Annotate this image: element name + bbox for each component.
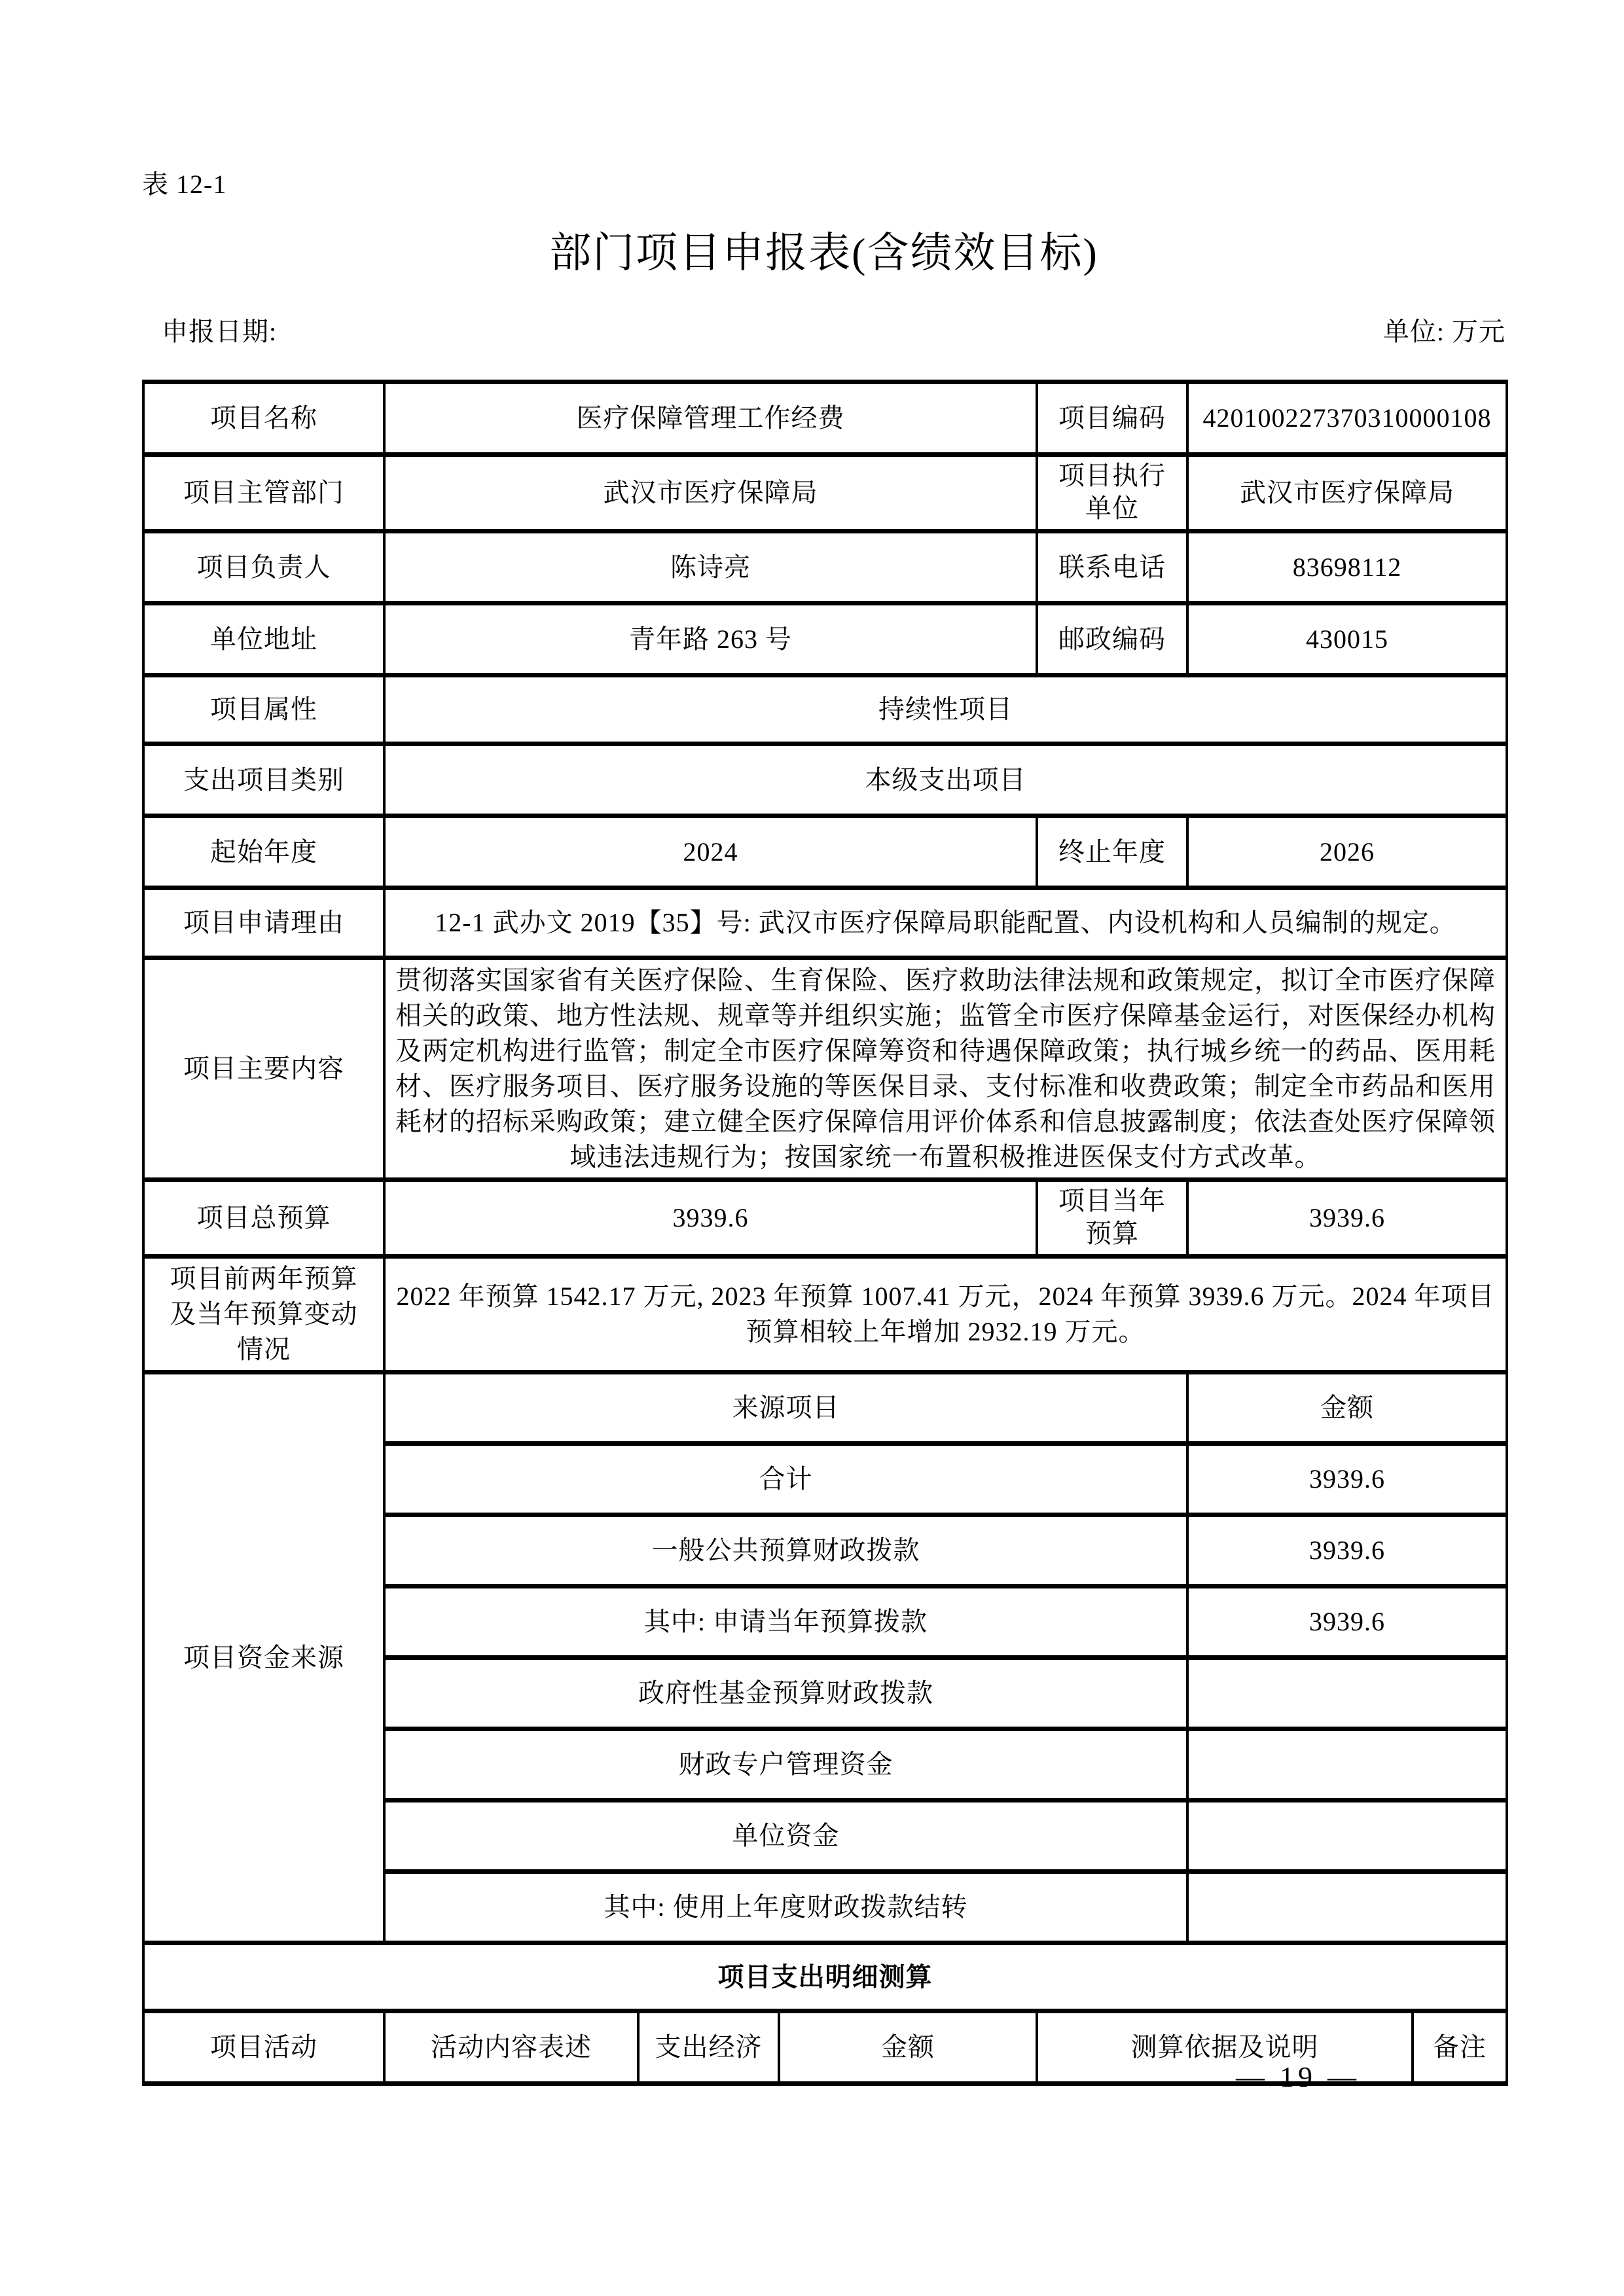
row-budget: 项目总预算 3939.6 项目当年预算 3939.6 <box>143 1180 1507 1257</box>
detail-col-economic: 支出经济 <box>638 2011 779 2084</box>
funding-amount <box>1187 1872 1507 1943</box>
project-name-label: 项目名称 <box>143 382 384 455</box>
start-year-value: 2024 <box>384 816 1037 888</box>
current-budget-value: 3939.6 <box>1187 1180 1507 1257</box>
row-years: 起始年度 2024 终止年度 2026 <box>143 816 1507 888</box>
project-name-value: 医疗保障管理工作经费 <box>384 382 1037 455</box>
funding-amount: 3939.6 <box>1187 1444 1507 1515</box>
main-content-value: 贯彻落实国家省有关医疗保险、生育保险、医疗救助法律法规和政策规定，拟订全市医疗保… <box>384 958 1507 1180</box>
detail-col-amount: 金额 <box>779 2011 1037 2084</box>
meta-row: 申报日期: 单位: 万元 <box>142 311 1506 348</box>
exec-unit-value: 武汉市医疗保障局 <box>1187 455 1507 531</box>
project-code-value: 420100227370310000108 <box>1187 382 1507 455</box>
funding-amount <box>1187 1729 1507 1801</box>
end-year-label: 终止年度 <box>1037 816 1187 888</box>
phone-value: 83698112 <box>1187 531 1507 603</box>
reason-value: 12-1 武办文 2019【35】号: 武汉市医疗保障局职能配置、内设机构和人员… <box>384 888 1507 958</box>
page-title: 部门项目申报表(含绩效目标) <box>142 219 1506 279</box>
funding-source: 单位资金 <box>384 1801 1187 1872</box>
funding-amount <box>1187 1658 1507 1729</box>
row-main-content: 项目主要内容 贯彻落实国家省有关医疗保险、生育保险、医疗救助法律法规和政策规定，… <box>143 958 1507 1180</box>
funding-col-amount: 金额 <box>1187 1372 1507 1444</box>
row-reason: 项目申请理由 12-1 武办文 2019【35】号: 武汉市医疗保障局职能配置、… <box>143 888 1507 958</box>
main-content-label: 项目主要内容 <box>143 958 384 1180</box>
application-form-table: 项目名称 医疗保障管理工作经费 项目编码 4201002273703100001… <box>142 380 1508 2086</box>
unit-label: 单位: 万元 <box>1383 311 1506 348</box>
start-year-label: 起始年度 <box>143 816 384 888</box>
row-detail-section: 项目支出明细测算 <box>143 1943 1507 2011</box>
row-history: 项目前两年预算及当年预算变动情况 2022 年预算 1542.17 万元, 20… <box>143 1257 1507 1372</box>
funding-col-source: 来源项目 <box>384 1372 1187 1444</box>
history-label: 项目前两年预算及当年预算变动情况 <box>143 1257 384 1372</box>
funding-source: 一般公共预算财政拨款 <box>384 1515 1187 1587</box>
leader-value: 陈诗亮 <box>384 531 1037 603</box>
funding-amount <box>1187 1801 1507 1872</box>
project-code-label: 项目编码 <box>1037 382 1187 455</box>
funding-source: 合计 <box>384 1444 1187 1515</box>
row-leader: 项目负责人 陈诗亮 联系电话 83698112 <box>143 531 1507 603</box>
funding-amount: 3939.6 <box>1187 1587 1507 1658</box>
dept-label: 项目主管部门 <box>143 455 384 531</box>
leader-label: 项目负责人 <box>143 531 384 603</box>
end-year-value: 2026 <box>1187 816 1507 888</box>
detail-col-activity: 项目活动 <box>143 2011 384 2084</box>
funding-source: 其中: 使用上年度财政拨款结转 <box>384 1872 1187 1943</box>
category-label: 支出项目类别 <box>143 744 384 816</box>
document-content: 表 12-1 部门项目申报表(含绩效目标) 申报日期: 单位: 万元 项目名称 … <box>0 0 1624 2086</box>
row-dept: 项目主管部门 武汉市医疗保障局 项目执行单位 武汉市医疗保障局 <box>143 455 1507 531</box>
row-category: 支出项目类别 本级支出项目 <box>143 744 1507 816</box>
category-value: 本级支出项目 <box>384 744 1507 816</box>
row-funding-header: 项目资金来源 来源项目 金额 <box>143 1372 1507 1444</box>
row-project-name: 项目名称 医疗保障管理工作经费 项目编码 4201002273703100001… <box>143 382 1507 455</box>
address-value: 青年路 263 号 <box>384 603 1037 675</box>
detail-col-remark: 备注 <box>1413 2011 1507 2084</box>
phone-label: 联系电话 <box>1037 531 1187 603</box>
exec-unit-label: 项目执行单位 <box>1037 455 1187 531</box>
funding-source: 其中: 申请当年预算拨款 <box>384 1587 1187 1658</box>
funding-source: 政府性基金预算财政拨款 <box>384 1658 1187 1729</box>
page-number: — 19 — <box>1236 2060 1360 2094</box>
document-page: 表 12-1 部门项目申报表(含绩效目标) 申报日期: 单位: 万元 项目名称 … <box>0 0 1624 2296</box>
postcode-value: 430015 <box>1187 603 1507 675</box>
funding-label: 项目资金来源 <box>143 1372 384 1943</box>
dept-value: 武汉市医疗保障局 <box>384 455 1037 531</box>
row-attribute: 项目属性 持续性项目 <box>143 675 1507 744</box>
address-label: 单位地址 <box>143 603 384 675</box>
current-budget-label: 项目当年预算 <box>1037 1180 1187 1257</box>
attribute-label: 项目属性 <box>143 675 384 744</box>
reason-label: 项目申请理由 <box>143 888 384 958</box>
detail-col-description: 活动内容表述 <box>384 2011 638 2084</box>
total-budget-value: 3939.6 <box>384 1180 1037 1257</box>
sheet-label: 表 12-1 <box>142 0 1506 201</box>
attribute-value: 持续性项目 <box>384 675 1507 744</box>
funding-source: 财政专户管理资金 <box>384 1729 1187 1801</box>
history-value: 2022 年预算 1542.17 万元, 2023 年预算 1007.41 万元… <box>384 1257 1507 1372</box>
funding-amount: 3939.6 <box>1187 1515 1507 1587</box>
declare-date-label: 申报日期: <box>142 311 277 348</box>
detail-section-title: 项目支出明细测算 <box>143 1943 1507 2011</box>
row-address: 单位地址 青年路 263 号 邮政编码 430015 <box>143 603 1507 675</box>
postcode-label: 邮政编码 <box>1037 603 1187 675</box>
total-budget-label: 项目总预算 <box>143 1180 384 1257</box>
